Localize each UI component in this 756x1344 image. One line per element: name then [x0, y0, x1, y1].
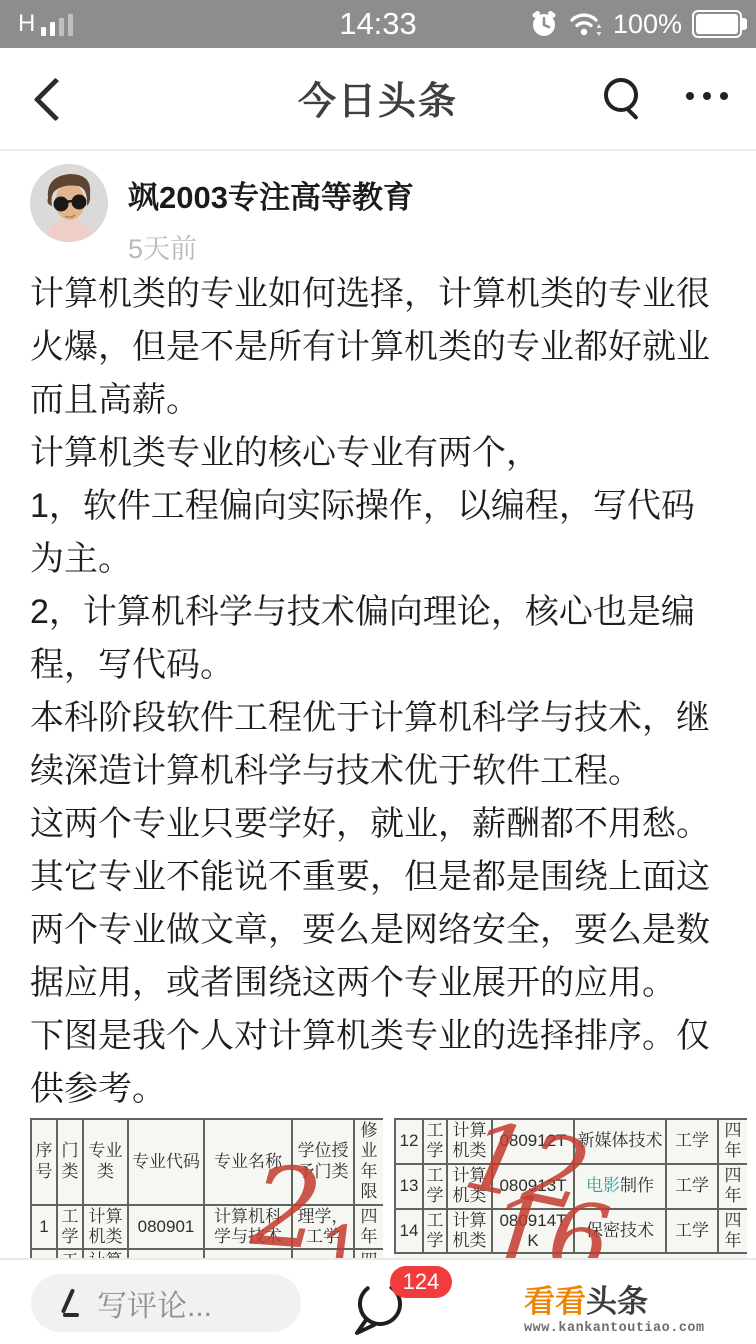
- battery-icon: [692, 10, 742, 38]
- logo-url: www.kankantoutiao.com: [524, 1321, 704, 1336]
- table-cell: 工学: [666, 1119, 718, 1164]
- status-icons: 100%: [529, 0, 742, 48]
- table-cell: 工学: [666, 1209, 718, 1254]
- table-cell: 14: [395, 1209, 423, 1254]
- table-image-left[interactable]: 序号门类专业类专业代码专业名称学位授予门类修业年限1工学计算机类080901计算…: [30, 1118, 383, 1258]
- table-cell: 理学，工学: [292, 1205, 354, 1250]
- article-paragraph: 计算机类专业的核心专业有两个，: [30, 427, 726, 480]
- page-title: 今日头条: [0, 48, 756, 147]
- table-cell: 工学: [423, 1164, 447, 1209]
- avatar[interactable]: [30, 164, 108, 242]
- table-cell: 修业年限: [354, 1119, 383, 1205]
- table-cell: 080914TK: [492, 1209, 574, 1254]
- table-cell: 软件工程: [204, 1249, 292, 1258]
- table-cell: 电影制作: [574, 1164, 666, 1209]
- battery-percent: 100%: [613, 9, 682, 40]
- logo-part2: 头条: [586, 1284, 648, 1319]
- article-body: 计算机类的专业如何选择，计算机类的专业很火爆，但是不是所有计算机类的专业都好就业…: [30, 268, 726, 1116]
- table-cell: 工学: [666, 1164, 718, 1209]
- table-cell: 序号: [31, 1119, 57, 1205]
- status-bar: H 14:33 100%: [0, 0, 756, 48]
- table-cell: 计算机类: [83, 1205, 128, 1250]
- table-cell: 四年: [354, 1205, 383, 1250]
- article-paragraph: 计算机类的专业如何选择，计算机类的专业很火爆，但是不是所有计算机类的专业都好就业…: [30, 268, 726, 427]
- article-paragraph: 下图是我个人对计算机类专业的选择排序。仅供参考。: [30, 1010, 726, 1116]
- table-cell: 工学: [57, 1205, 83, 1250]
- table-cell: 计算机类: [447, 1119, 492, 1164]
- table-cell: 四年: [718, 1164, 747, 1209]
- post-time: 5天前: [128, 227, 414, 266]
- author-row: 飒2003专注高等教育 5天前: [30, 164, 414, 266]
- table-cell: 计算机科学与技术: [204, 1205, 292, 1250]
- table-cell: 专业代码: [128, 1119, 204, 1205]
- article-paragraph: 本科阶段软件工程优于计算机科学与技术，继续深造计算机科学与技术优于软件工程。: [30, 692, 726, 798]
- app-screen: H 14:33 100%: [0, 0, 756, 1344]
- table-image-right[interactable]: 12工学计算机类080912T新媒体技术工学四年13工学计算机类080913T电…: [394, 1118, 747, 1258]
- table-cell: 计算机类: [447, 1209, 492, 1254]
- table-cell: 080913T: [492, 1164, 574, 1209]
- table-cell: 学位授予门类: [292, 1119, 354, 1205]
- table-cell: 保密技术: [574, 1209, 666, 1254]
- majors-table-left: 序号门类专业类专业代码专业名称学位授予门类修业年限1工学计算机类080901计算…: [30, 1118, 383, 1258]
- nav-bar: 今日头条: [0, 48, 756, 151]
- table-cell: 工学: [423, 1209, 447, 1254]
- table-cell: 四年: [718, 1209, 747, 1254]
- table-cell: 080902: [128, 1249, 204, 1258]
- table-cell: 工学: [423, 1119, 447, 1164]
- comment-count-badge: 124: [390, 1266, 452, 1298]
- majors-table-right: 12工学计算机类080912T新媒体技术工学四年13工学计算机类080913T电…: [394, 1118, 747, 1254]
- table-cell: 计算机类: [447, 1164, 492, 1209]
- table-cell: 13: [395, 1164, 423, 1209]
- logo-part1: 看看: [524, 1284, 586, 1319]
- article-paragraph: 其它专业不能说不重要，但是都是围绕上面这两个专业做文章，要么是网络安全，要么是数…: [30, 851, 726, 1010]
- table-cell: 计算机类: [83, 1249, 128, 1258]
- pencil-icon: [57, 1288, 83, 1318]
- table-cell: 12: [395, 1119, 423, 1164]
- article-paragraph: 1，软件工程偏向实际操作，以编程，写代码为主。: [30, 480, 726, 586]
- table-cell: 专业名称: [204, 1119, 292, 1205]
- table-cell: 四年: [354, 1249, 383, 1258]
- comment-input[interactable]: 写评论...: [31, 1274, 301, 1332]
- table-cell: 工学: [292, 1249, 354, 1258]
- table-cell: 1: [31, 1205, 57, 1250]
- table-cell: 专业类: [83, 1119, 128, 1205]
- author-name[interactable]: 飒2003专注高等教育: [128, 172, 414, 217]
- table-cell: 工学: [57, 1249, 83, 1258]
- comment-placeholder: 写评论...: [97, 1281, 212, 1325]
- bottom-bar: 写评论... 124 看看头条 www.kankantoutiao.com: [0, 1258, 756, 1344]
- table-cell: 080912T: [492, 1119, 574, 1164]
- table-cell: 080901: [128, 1205, 204, 1250]
- table-cell: 新媒体技术: [574, 1119, 666, 1164]
- kankantoutiao-logo: 看看头条 www.kankantoutiao.com: [524, 1286, 704, 1336]
- search-icon[interactable]: [604, 78, 638, 112]
- alarm-clock-icon: [529, 9, 559, 39]
- article-paragraph: 2，计算机科学与技术偏向理论，核心也是编程，写代码。: [30, 586, 726, 692]
- table-cell: 2: [31, 1249, 57, 1258]
- table-cell: 门类: [57, 1119, 83, 1205]
- more-options-icon[interactable]: [686, 92, 728, 100]
- table-cell: 四年: [718, 1119, 747, 1164]
- wifi-icon: [569, 10, 603, 38]
- article-paragraph: 这两个专业只要学好，就业，薪酬都不用愁。: [30, 798, 726, 851]
